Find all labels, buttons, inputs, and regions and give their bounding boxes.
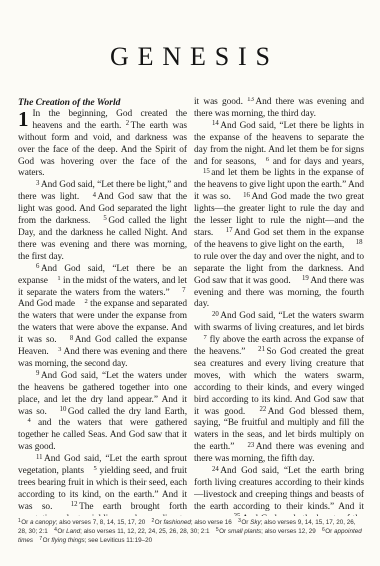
footnote-item: 4Or Land; also verses 11, 12, 22, 24, 25… xyxy=(54,528,209,535)
footnote-separator xyxy=(210,528,216,535)
footnotes-block: 1Or a canopy; also verses 7, 8, 14, 15, … xyxy=(18,518,364,545)
scripture-paragraph: 3And God said, “Let there be light,” and… xyxy=(18,180,187,263)
text-columns: The Creation of the World1In the beginni… xyxy=(0,97,380,516)
footnote-term: Sky xyxy=(250,519,261,526)
footnote-term: Land xyxy=(66,528,80,535)
footnote-term: flying things xyxy=(51,537,84,544)
scripture-paragraph: 6And God said, “Let there be an expanse1… xyxy=(18,264,187,371)
footnote-item: 1Or a canopy; also verses 7, 8, 14, 15, … xyxy=(18,519,145,526)
footnote-separator xyxy=(145,519,151,526)
scripture-paragraph: 14And God said, “Let there be lights in … xyxy=(194,121,364,312)
scripture-paragraph: 9And God said, “Let the waters under the… xyxy=(18,371,187,454)
book-title: GENESIS xyxy=(0,42,380,72)
right-column: it was good. 13And there was evening and… xyxy=(194,97,364,516)
footnote-term: small plants xyxy=(228,528,261,535)
scripture-paragraph: 1In the beginning, God created the heave… xyxy=(18,109,187,180)
scripture-paragraph: 11And God said, “Let the earth sprout ve… xyxy=(18,454,187,516)
scripture-paragraph: it was good. 13And there was evening and… xyxy=(194,97,364,121)
footnote-item: 2Or fashioned; also verse 16 xyxy=(152,519,232,526)
footnote-item: 7Or flying things; see Leviticus 11:19–2… xyxy=(39,537,152,544)
chapter-number-dropcap: 1 xyxy=(18,109,32,129)
footnote-item: 5Or small plants; also verses 12, 29 xyxy=(216,528,316,535)
footnote-term: fashioned xyxy=(164,519,191,526)
section-heading: The Creation of the World xyxy=(18,97,187,109)
bible-page: GENESIS The Creation of the World1In the… xyxy=(0,0,380,566)
footnote-term: a canopy xyxy=(30,519,56,526)
scripture-paragraph: 20And God said, “Let the waters swarm wi… xyxy=(194,311,364,466)
left-column: The Creation of the World1In the beginni… xyxy=(18,97,187,516)
scripture-paragraph: 24And God said, “Let the earth bring for… xyxy=(194,466,364,516)
